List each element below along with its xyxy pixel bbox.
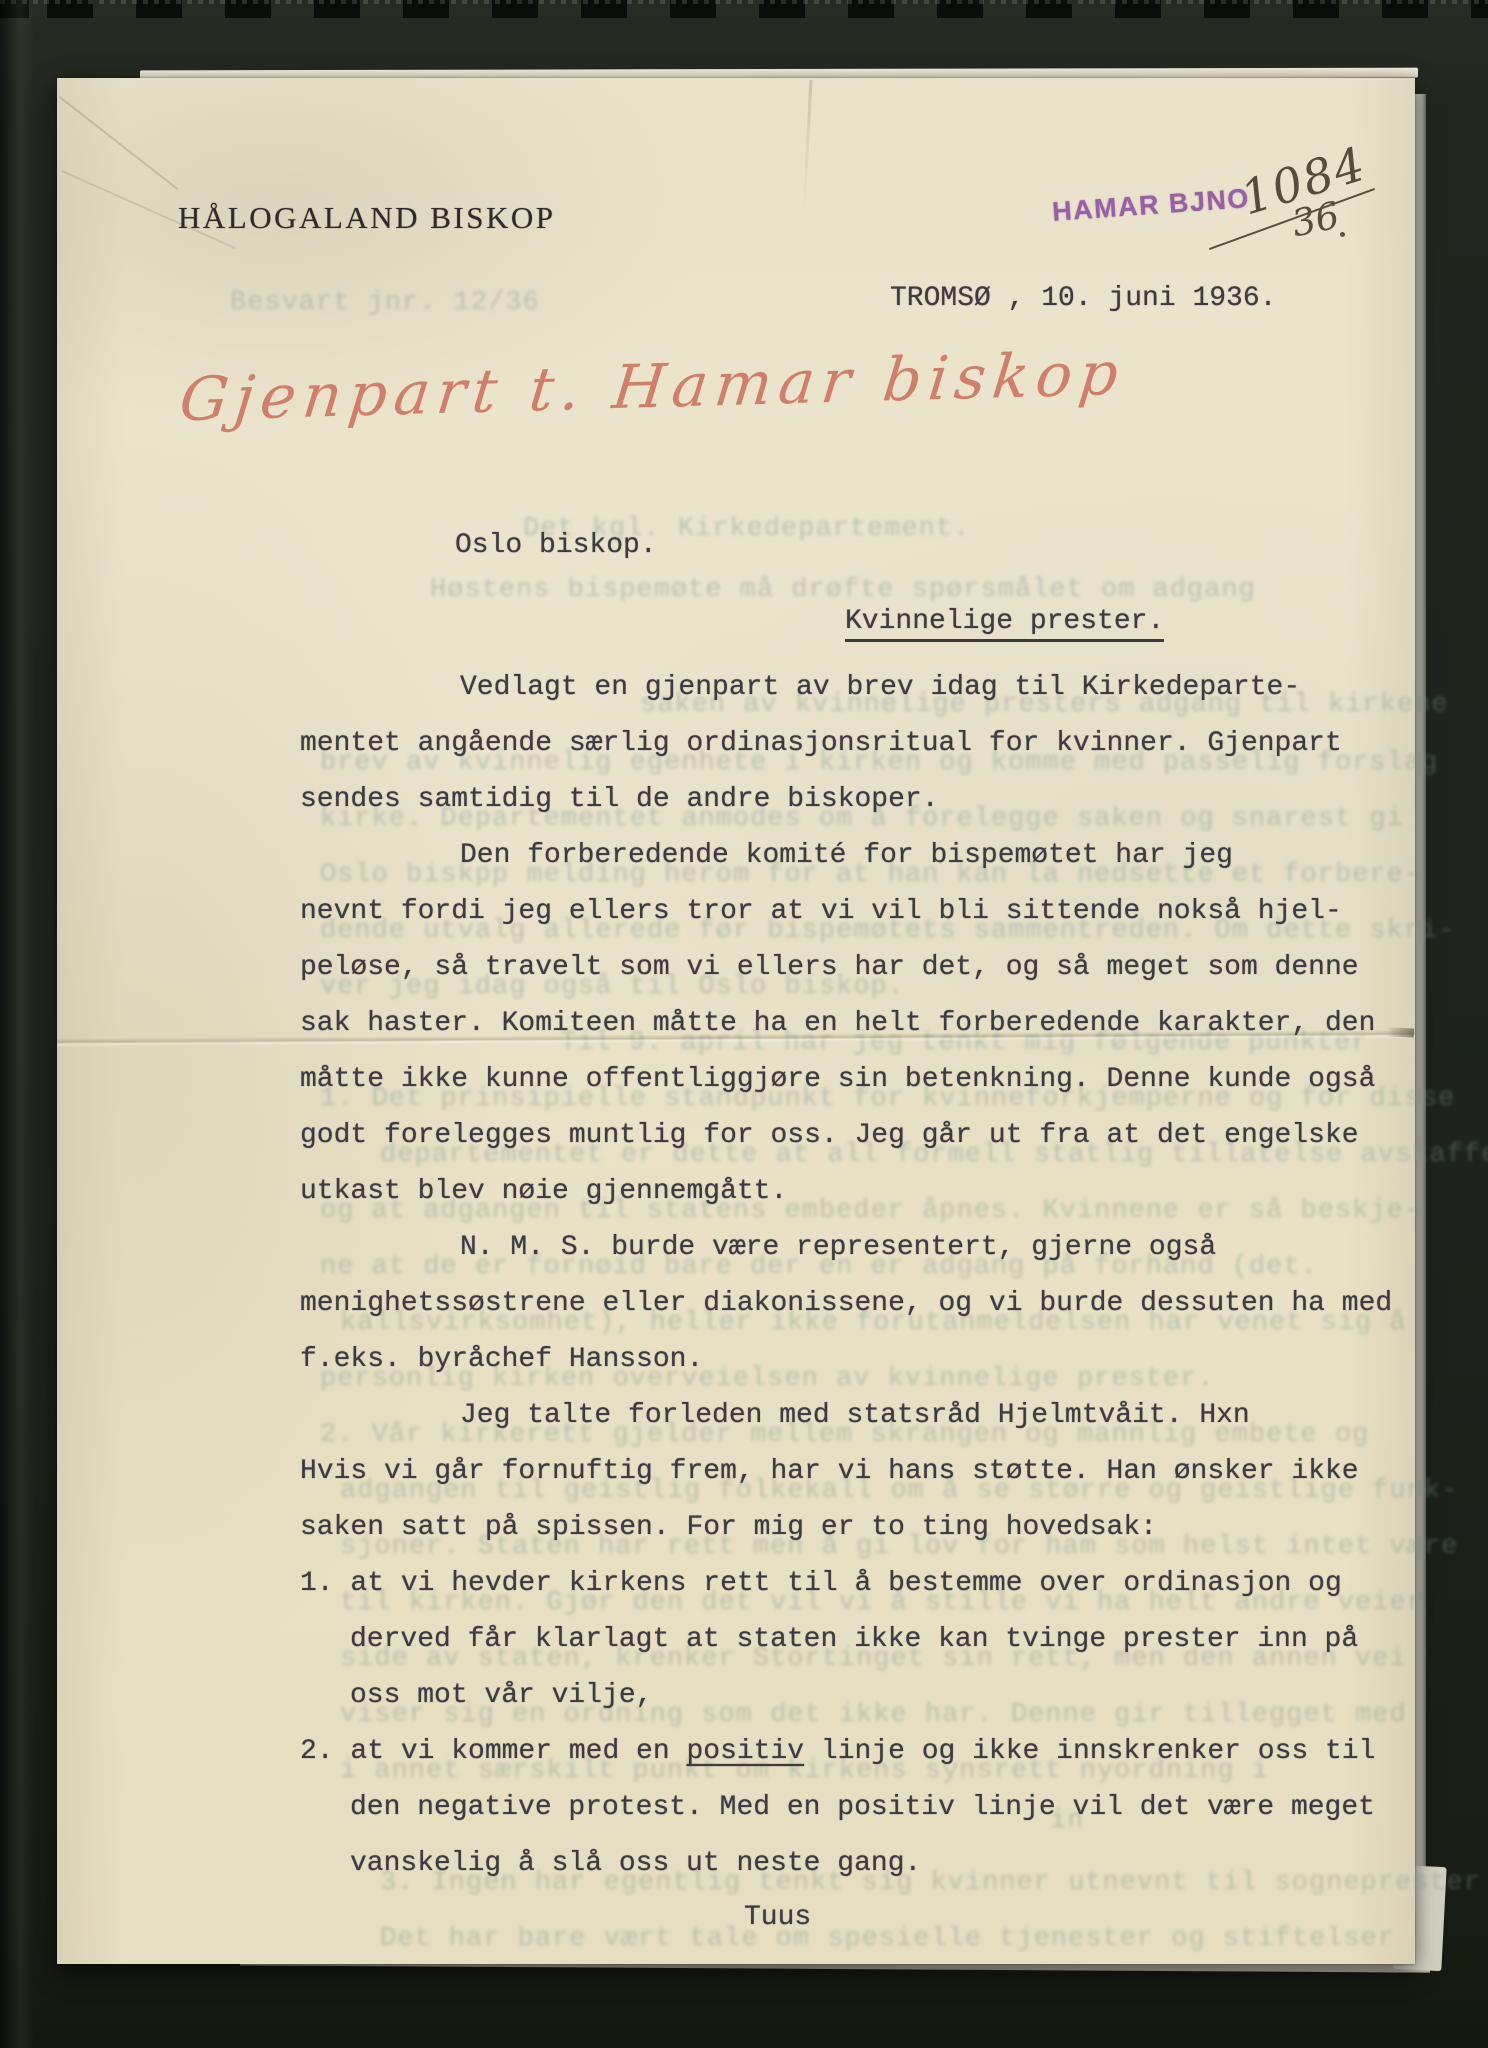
- signature: Tuus: [744, 1902, 811, 1933]
- letter-line: Vedlagt en gjenpart av brev idag til Kir…: [300, 660, 1430, 716]
- journal-number-dot: [1340, 232, 1345, 237]
- letter-line: f.eks. byråchef Hansson.: [300, 1332, 1430, 1388]
- letter-line: utkast blev nøie gjennemgått.: [300, 1164, 1430, 1220]
- date-line: TROMSØ , 10. juni 1936.: [890, 283, 1276, 314]
- letter-line: godt forelegges muntlig for oss. Jeg går…: [300, 1108, 1430, 1164]
- letter-line: vanskelig å slå oss ut neste gang.: [300, 1836, 1430, 1892]
- recipient: Oslo biskop.: [455, 530, 657, 561]
- letter-line: N. M. S. burde være representert, gjerne…: [300, 1220, 1430, 1276]
- letter-line: 1. at vi hevder kirkens rett til å beste…: [300, 1556, 1430, 1612]
- letter-line: Den forberedende komité for bispemøtet h…: [300, 828, 1430, 884]
- letter-line: saken satt på spissen. For mig er to tin…: [300, 1500, 1430, 1556]
- letter-line: nevnt fordi jeg ellers tror at vi vil bl…: [300, 884, 1430, 940]
- subject-heading: Kvinnelige prester.: [845, 606, 1164, 642]
- underlined-word: positiv: [686, 1736, 804, 1767]
- letter-line: derved får klarlagt at staten ikke kan t…: [300, 1612, 1430, 1668]
- letter-line: mentet angående særlig ordinasjonsritual…: [300, 716, 1430, 772]
- letter-line: 2. at vi kommer med en positiv linje og …: [300, 1724, 1430, 1780]
- letter-line: Jeg talte forleden med statsråd Hjelmtvå…: [300, 1388, 1430, 1444]
- letter-line: Hvis vi går fornuftig frem, har vi hans …: [300, 1444, 1430, 1500]
- journal-number-bottom: 36: [1288, 194, 1343, 246]
- letter-line: oss mot vår vilje,: [300, 1668, 1430, 1724]
- letter-line: sendes samtidig til de andre biskoper.: [300, 772, 1430, 828]
- letter-body: Vedlagt en gjenpart av brev idag til Kir…: [300, 660, 1430, 1892]
- archive-photo: { "letterhead": "HÅLOGALAND BISKOP", "st…: [0, 0, 1488, 2048]
- letter-line: måtte ikke kunne offentliggjøre sin bete…: [300, 1052, 1430, 1108]
- letter-line: den negative protest. Med en positiv lin…: [300, 1780, 1430, 1836]
- journal-number: 1084 36: [1200, 140, 1420, 270]
- letter-line: menighetssøstrene eller diakonissene, og…: [300, 1276, 1430, 1332]
- letter-line: sak haster. Komiteen måtte ha en helt fo…: [300, 996, 1430, 1052]
- letterhead: HÅLOGALAND BISKOP: [178, 200, 555, 236]
- letter-line: peløse, så travelt som vi ellers har det…: [300, 940, 1430, 996]
- binder-left-edge: [0, 0, 34, 2048]
- binder-stitching: [0, 0, 1488, 4]
